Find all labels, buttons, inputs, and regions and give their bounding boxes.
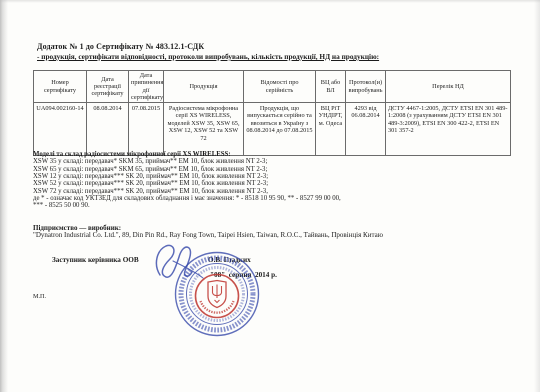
reg-date-cell: 08.08.2014 bbox=[87, 103, 129, 156]
scan-edge-left bbox=[0, 0, 8, 392]
col-header-expiry-date: Дата припинення дії сертифікату bbox=[129, 71, 164, 103]
signatory-name: О.В. Гладких bbox=[208, 256, 251, 264]
col-header-cert-number: Номер сертифікату bbox=[34, 71, 87, 103]
manufacturer-address: "Dynatron Industrial Co. Ltd.", 89, Din … bbox=[33, 232, 383, 239]
scan-edge-top bbox=[0, 0, 540, 3]
model-line: XSW 35 у складі: передавач* SKM 35, прий… bbox=[33, 158, 341, 165]
cert-number-cell: UA094.002160-14 bbox=[34, 103, 87, 156]
models-section: Моделі та склад радіосистеми мікрофонної… bbox=[33, 151, 341, 210]
uktzed-footnote-line: де * - означає код УКТЗЕД для складових … bbox=[33, 195, 341, 202]
product-cell: Радіосистема мікрофонна серії XS WIRELES… bbox=[164, 103, 244, 156]
protocol-cell: 4293 від 06.08.2014 bbox=[346, 103, 386, 156]
test-center-cell: ВЦ РіТ УНДІРТ, м. Одеса bbox=[316, 103, 346, 156]
certificate-table: Номер сертифікату Дата реєстрації сертиф… bbox=[33, 70, 511, 156]
col-header-product: Продукція bbox=[164, 71, 244, 103]
serial-info-cell: Продукція, що випускається серійно та вв… bbox=[244, 103, 316, 156]
signature-date: "08" серпня 2014 р. bbox=[210, 271, 277, 279]
scan-edge-right bbox=[534, 0, 540, 392]
col-header-nd-list: Перелік НД bbox=[386, 71, 511, 103]
model-line: XSW 72 у складі: передавач*** SK 20, при… bbox=[33, 188, 341, 195]
table-row: UA094.002160-14 08.08.2014 07.08.2015 Ра… bbox=[34, 103, 511, 156]
model-line: XSW 12 у складі: передавач*** SK 20, при… bbox=[33, 173, 341, 180]
model-line: XSW 65 у складі: передавач* SKM 65, прий… bbox=[33, 166, 341, 173]
col-header-serial-info: Відомості про серійність bbox=[244, 71, 316, 103]
official-stamp-blue bbox=[176, 253, 259, 336]
official-stamp-red-trident bbox=[196, 275, 239, 318]
expiry-date-cell: 07.08.2015 bbox=[129, 103, 164, 156]
col-header-test-center: ВЦ або ВЛ bbox=[316, 71, 346, 103]
col-header-protocol: Протокол(и) випробувань bbox=[346, 71, 386, 103]
signature-ink bbox=[156, 245, 203, 278]
document-subtitle: - продукція, сертифікати відповідності, … bbox=[37, 52, 379, 61]
document-title: Додаток № 1 до Сертифікату № 483.12.1-СД… bbox=[37, 42, 204, 51]
scanned-certificate-page: Додаток № 1 до Сертифікату № 483.12.1-СД… bbox=[0, 0, 540, 392]
table-header-row: Номер сертифікату Дата реєстрації сертиф… bbox=[34, 71, 511, 103]
models-heading: Моделі та склад радіосистеми мікрофонної… bbox=[33, 151, 341, 158]
signatory-role: Заступник керівника ООВ bbox=[52, 256, 139, 264]
model-line: XSW 52 у складі: передавач*** SK 20, при… bbox=[33, 180, 341, 187]
seal-placeholder: М.П. bbox=[33, 293, 46, 300]
nd-list-cell: ДСТУ 4467-1:2005, ДСТУ ETSI EN 301 489-1… bbox=[386, 103, 511, 156]
col-header-reg-date: Дата реєстрації сертифікату bbox=[87, 71, 129, 103]
uktzed-footnote-line: *** - 8525 50 00 90. bbox=[33, 202, 341, 209]
manufacturer-section: Підприємство — виробник: "Dynatron Indus… bbox=[33, 225, 383, 240]
